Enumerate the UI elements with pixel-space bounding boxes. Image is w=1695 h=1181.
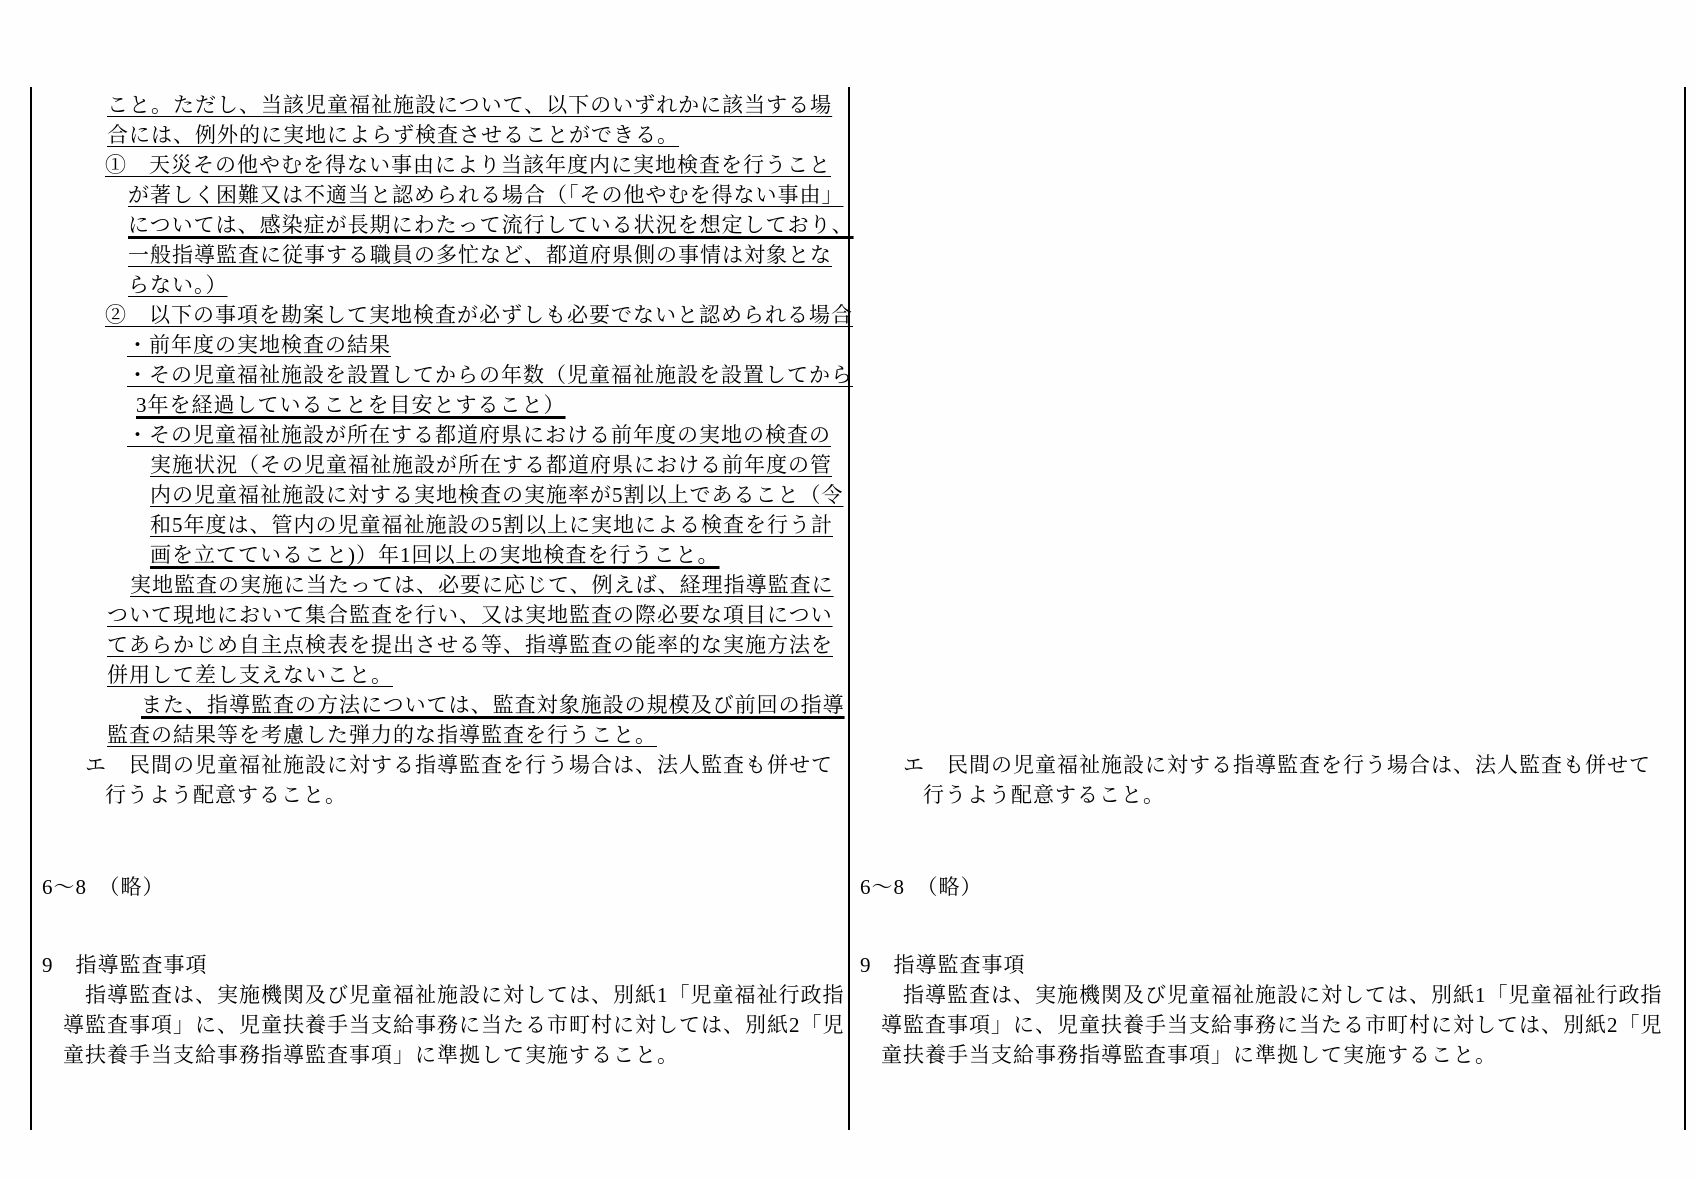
text-line: てあらかじめ自主点検表を提出させる等、指導監査の能率的な実施方法を [107,633,833,657]
text-line: エ 民間の児童福祉施設に対する指導監査を行う場合は、法人監査も併せて [903,753,1651,777]
text-line: 3年を経過していることを目安とすること） [136,393,566,417]
text-line: 童扶養手当支給事務指導監査事項」に準拠して実施すること。 [881,1043,1497,1067]
comparison-table-page: こと。ただし、当該児童福祉施設について、以下のいずれかに該当する場 合には、例外… [0,0,1695,1181]
text-line: 童扶養手当支給事務指導監査事項」に準拠して実施すること。 [63,1043,679,1067]
text-line: 画を立てていること)）年1回以上の実地検査を行うこと。 [150,543,720,567]
text-line: 併用して差し支えないこと。 [107,663,393,687]
text-line: ① 天災その他やむを得ない事由により当該年度内に実地検査を行うこと [105,153,831,177]
text-line: 合には、例外的に実地によらず検査させることができる。 [107,123,679,147]
text-line: また、指導監査の方法については、監査対象施設の規模及び前回の指導 [141,693,845,717]
text-line: 行うよう配意すること。 [923,783,1165,807]
text-line: については、感染症が長期にわたって流行している状況を想定しており、 [128,213,854,237]
text-line: らない。） [128,273,228,297]
text-line: 実施状況（その児童福祉施設が所在する都道府県における前年度の管 [150,453,832,477]
text-line: ・その児童福祉施設が所在する都道府県における前年度の実地の検査の [127,423,831,447]
text-line: 内の児童福祉施設に対する実地検査の実施率が5割以上であること（令 [150,483,844,507]
text-line: 導監査事項」に、児童扶養手当支給事務に当たる市町村に対しては、別紙2「児 [63,1013,845,1037]
section-range-label: 6～8 （略） [860,875,983,899]
text-line: ・その児童福祉施設を設置してからの年数（児童福祉施設を設置してから [127,363,853,387]
text-line: ついて現地において集合監査を行い、又は実地監査の際必要な項目につい [107,603,833,627]
text-line: 指導監査は、実施機関及び児童福祉施設に対しては、別紙1「児童福祉行政指 [903,983,1663,1007]
text-line: ② 以下の事項を勘案して実地検査が必ずしも必要でないと認められる場合 [105,303,853,327]
column-divider [848,87,850,1130]
table-right-border [1684,87,1686,1130]
text-line: 導監査事項」に、児童扶養手当支給事務に当たる市町村に対しては、別紙2「児 [881,1013,1663,1037]
section-range-label: 6～8 （略） [42,875,165,899]
text-line: が著しく困難又は不適当と認められる場合（「その他やむを得ない事由」 [128,183,844,207]
table-left-border [30,87,32,1130]
section-heading: 9 指導監査事項 [860,953,1026,977]
text-line: 指導監査は、実施機関及び児童福祉施設に対しては、別紙1「児童福祉行政指 [85,983,845,1007]
text-line: エ 民間の児童福祉施設に対する指導監査を行う場合は、法人監査も併せて [85,753,833,777]
text-line: こと。ただし、当該児童福祉施設について、以下のいずれかに該当する場 [107,93,832,117]
text-line: 和5年度は、管内の児童福祉施設の5割以上に実地による検査を行う計 [150,513,833,537]
text-line: 行うよう配意すること。 [105,783,347,807]
text-line: 監査の結果等を考慮した弾力的な指導監査を行うこと。 [107,723,657,747]
text-line: 実地監査の実施に当たっては、必要に応じて、例えば、経理指導監査に [130,573,834,597]
text-line: 一般指導監査に従事する職員の多忙など、都道府県側の事情は対象とな [128,243,832,267]
text-line: ・前年度の実地検査の結果 [127,333,391,357]
section-heading: 9 指導監査事項 [42,953,208,977]
